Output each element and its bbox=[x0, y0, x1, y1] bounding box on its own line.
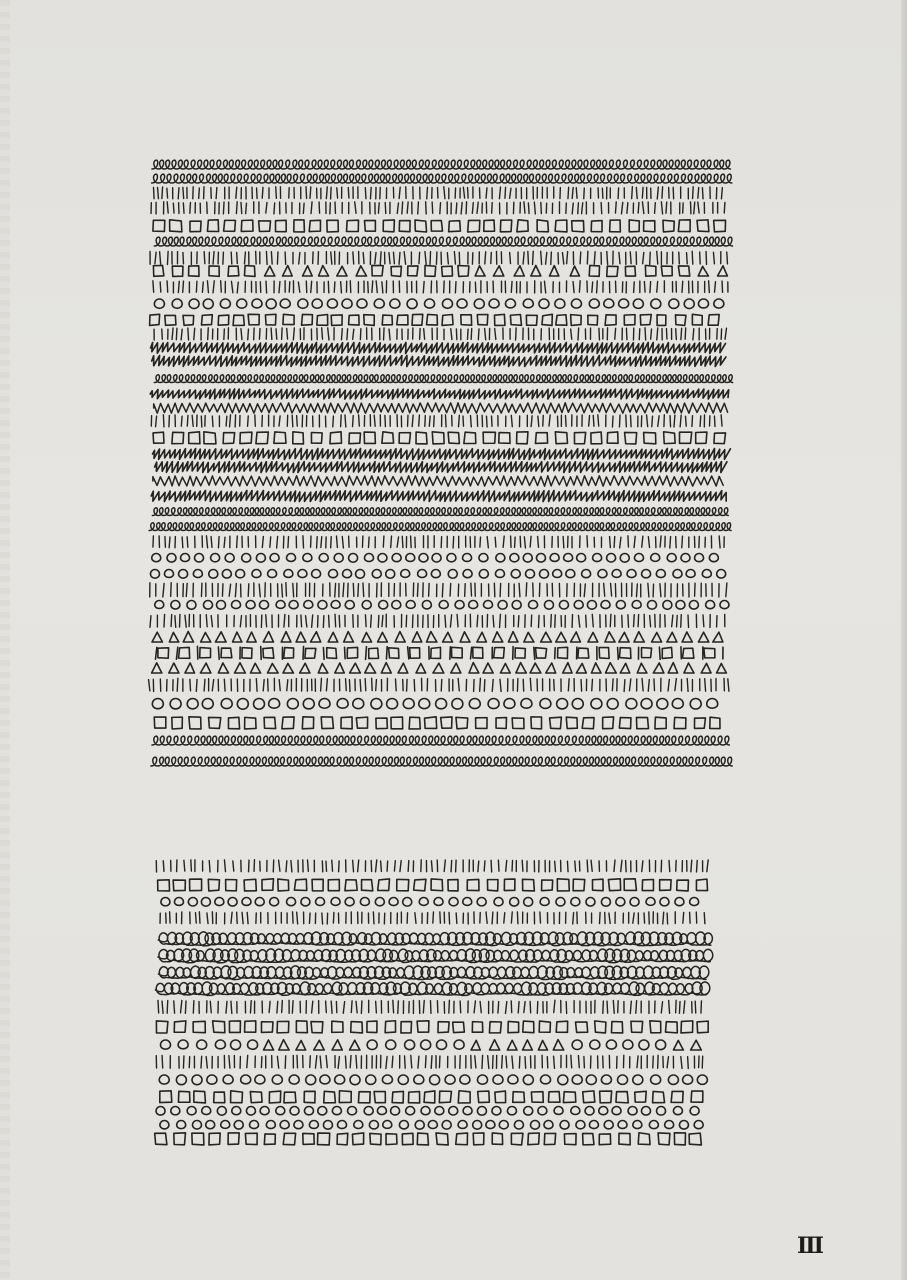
pattern-row-triangles bbox=[152, 632, 723, 642]
pattern-row-mixed-square-triangle bbox=[153, 265, 727, 276]
pattern-drawing bbox=[0, 0, 907, 1280]
pattern-row-circles bbox=[150, 569, 725, 578]
pattern-row-ticks bbox=[156, 860, 708, 872]
pattern-row-loops bbox=[151, 757, 732, 766]
pattern-row-circles bbox=[152, 698, 717, 709]
pattern-row-zigzag bbox=[153, 476, 723, 486]
pattern-row-circles bbox=[161, 897, 699, 906]
pattern-row-loops bbox=[149, 523, 731, 531]
pattern-row-mixed-circle-triangle bbox=[160, 1040, 701, 1050]
pattern-row-squares bbox=[155, 1133, 702, 1145]
pattern-row-ticks bbox=[151, 415, 722, 427]
pattern-row-ticks bbox=[150, 614, 725, 627]
pattern-row-zigzag-dense bbox=[152, 356, 726, 367]
pattern-row-scribble-loops bbox=[158, 966, 708, 980]
pattern-row-squares bbox=[150, 314, 720, 325]
lower-block bbox=[155, 860, 713, 1145]
pattern-row-squares bbox=[160, 1091, 703, 1103]
pattern-row-zigzag-dense bbox=[153, 449, 731, 460]
pattern-row-zigzag-dense bbox=[151, 491, 726, 502]
pattern-row-triangles bbox=[152, 663, 727, 673]
pattern-row-squares bbox=[153, 220, 726, 232]
pattern-row-zigzag bbox=[154, 403, 728, 413]
pattern-row-loops bbox=[152, 736, 729, 745]
pattern-row-circles bbox=[159, 1075, 707, 1085]
pattern-row-loops bbox=[154, 237, 732, 246]
pattern-row-loops bbox=[152, 160, 731, 169]
pattern-row-loops bbox=[152, 508, 728, 516]
pattern-row-zigzag-dense bbox=[151, 343, 726, 354]
pattern-row-scribble-loops bbox=[158, 949, 713, 963]
pattern-row-squares bbox=[154, 717, 720, 729]
pattern-row-ticks bbox=[150, 251, 727, 264]
pattern-row-squares bbox=[158, 879, 708, 891]
paper-sheet: III bbox=[0, 0, 907, 1280]
pattern-row-loops bbox=[152, 174, 732, 183]
pattern-row-zigzag-dense bbox=[155, 462, 727, 473]
pattern-row-ticks bbox=[154, 328, 726, 340]
pattern-row-squares bbox=[156, 1021, 708, 1033]
pattern-row-ticks bbox=[153, 281, 728, 293]
upper-block bbox=[149, 160, 733, 766]
pattern-row-ticks bbox=[158, 1000, 701, 1013]
pattern-row-ticks bbox=[154, 187, 723, 199]
pattern-row-ticks bbox=[149, 678, 729, 691]
pattern-row-zigzag-dense bbox=[150, 389, 728, 399]
pattern-row-scribble-loops bbox=[155, 982, 709, 996]
pattern-row-squares bbox=[153, 432, 725, 444]
signature-roman-numeral: III bbox=[797, 1233, 822, 1259]
pattern-row-ticks bbox=[150, 583, 727, 597]
pattern-row-scribble-loops bbox=[158, 932, 712, 946]
pattern-row-tick-square-alternating bbox=[155, 646, 723, 659]
pattern-row-circles bbox=[154, 299, 723, 309]
pattern-row-circles bbox=[160, 1121, 703, 1130]
pattern-row-circles bbox=[155, 600, 729, 609]
pattern-row-ticks bbox=[156, 1055, 702, 1068]
pattern-row-ticks bbox=[160, 912, 705, 924]
pattern-row-circles bbox=[156, 1107, 699, 1116]
pattern-row-loops bbox=[154, 375, 732, 383]
pattern-row-circles bbox=[152, 554, 719, 563]
pattern-row-ticks bbox=[153, 536, 724, 548]
pattern-row-ticks bbox=[151, 202, 725, 214]
